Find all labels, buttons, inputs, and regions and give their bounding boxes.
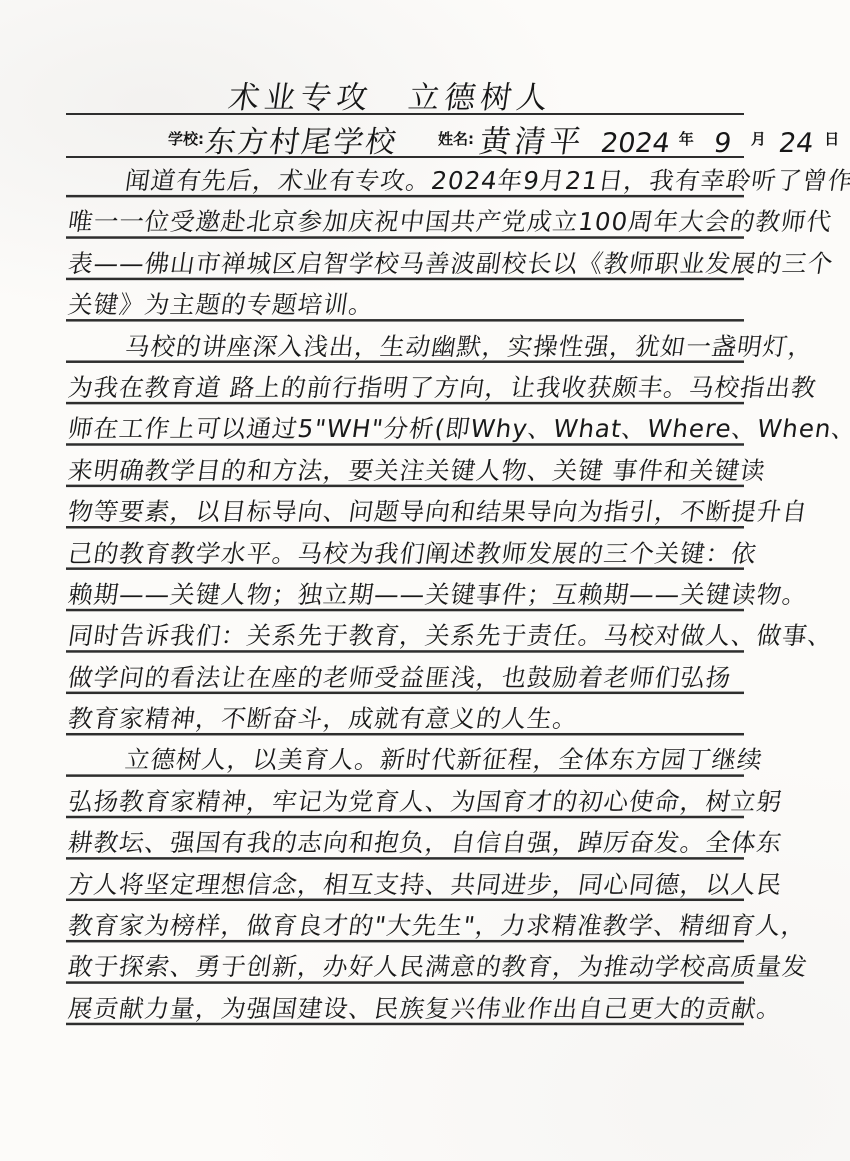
handwritten-line: 表——佛山市禅城区启智学校马善波副校长以《教师职业发展的三个 (66, 239, 750, 280)
school-value: 东方村尾学校 (203, 117, 401, 161)
handwritten-line: 闻道有先后，术业有专攻。2024年9月21日，我有幸聆听了曾作为广东省 (66, 156, 750, 197)
handwritten-line: 弘扬教育家精神，牢记为党育人、为国育才的初心使命，树立躬 (66, 777, 750, 818)
handwritten-line: 关键》为主题的专题培训。 (66, 280, 750, 321)
handwritten-essay-page: 术业专攻 立德树人 学校: 东方村尾学校 姓名: 黄清平 2024 年 9 月 … (0, 0, 850, 1161)
handwritten-line: 己的教育教学水平。马校为我们阐述教师发展的三个关键：依 (66, 529, 750, 570)
title-row: 术业专攻 立德树人 (66, 68, 744, 115)
date-day: 24 (777, 128, 816, 159)
essay-body: 闻道有先后，术业有专攻。2024年9月21日，我有幸聆听了曾作为广东省唯一一位受… (66, 156, 744, 1026)
date-month: 9 (712, 128, 734, 159)
school-label: 学校: (168, 128, 204, 156)
handwritten-line: 赖期——关键人物；独立期——关键事件；互赖期——关键读物。 (66, 570, 750, 611)
header-row: 学校: 东方村尾学校 姓名: 黄清平 2024 年 9 月 24 日 (66, 114, 744, 158)
name-label: 姓名: (438, 128, 474, 156)
handwritten-line: 立德树人，以美育人。新时代新征程，全体东方园丁继续 (66, 735, 750, 776)
day-label: 日 (824, 128, 839, 156)
handwritten-line: 唯一一位受邀赴北京参加庆祝中国共产党成立100周年大会的教师代 (66, 197, 750, 238)
handwritten-line: 耕教坛、强国有我的志向和抱负，自信自强，踔厉奋发。全体东 (66, 818, 750, 859)
year-label: 年 (679, 128, 694, 156)
handwritten-line: 师在工作上可以通过5"WH"分析(即Why、What、Where、When、Wh… (66, 404, 750, 445)
handwritten-line: 马校的讲座深入浅出，生动幽默，实操性强，犹如一盏明灯， (66, 322, 750, 363)
handwritten-line: 物等要素，以目标导向、问题导向和结果导向为指引，不断提升自 (66, 487, 750, 528)
handwritten-line: 为我在教育道 路上的前行指明了方向，让我收获颇丰。马校指出教 (66, 363, 750, 404)
essay-title: 术业专攻 立德树人 (226, 72, 556, 117)
date-year: 2024 (599, 128, 672, 159)
handwritten-line: 做学问的看法让在座的老师受益匪浅，也鼓励着老师们弘扬 (66, 653, 750, 694)
handwritten-line: 展贡献力量，为强国建设、民族复兴伟业作出自己更大的贡献。 (66, 984, 750, 1025)
handwritten-line: 教育家为榜样，做育良才的"大先生"，力求精准教学、精细育人， (66, 901, 750, 942)
month-label: 月 (751, 128, 766, 156)
name-value: 黄清平 (477, 116, 588, 161)
handwritten-line: 敢于探索、勇于创新，办好人民满意的教育，为推动学校高质量发 (66, 942, 750, 983)
handwritten-line: 方人将坚定理想信念，相互支持、共同进步，同心同德，以人民 (66, 860, 750, 901)
handwritten-line: 教育家精神，不断奋斗，成就有意义的人生。 (66, 694, 750, 735)
handwritten-line: 来明确教学目的和方法，要关注关键人物、关键 事件和关键读 (66, 446, 750, 487)
handwritten-line: 同时告诉我们：关系先于教育，关系先于责任。马校对做人、做事、 (66, 611, 750, 652)
